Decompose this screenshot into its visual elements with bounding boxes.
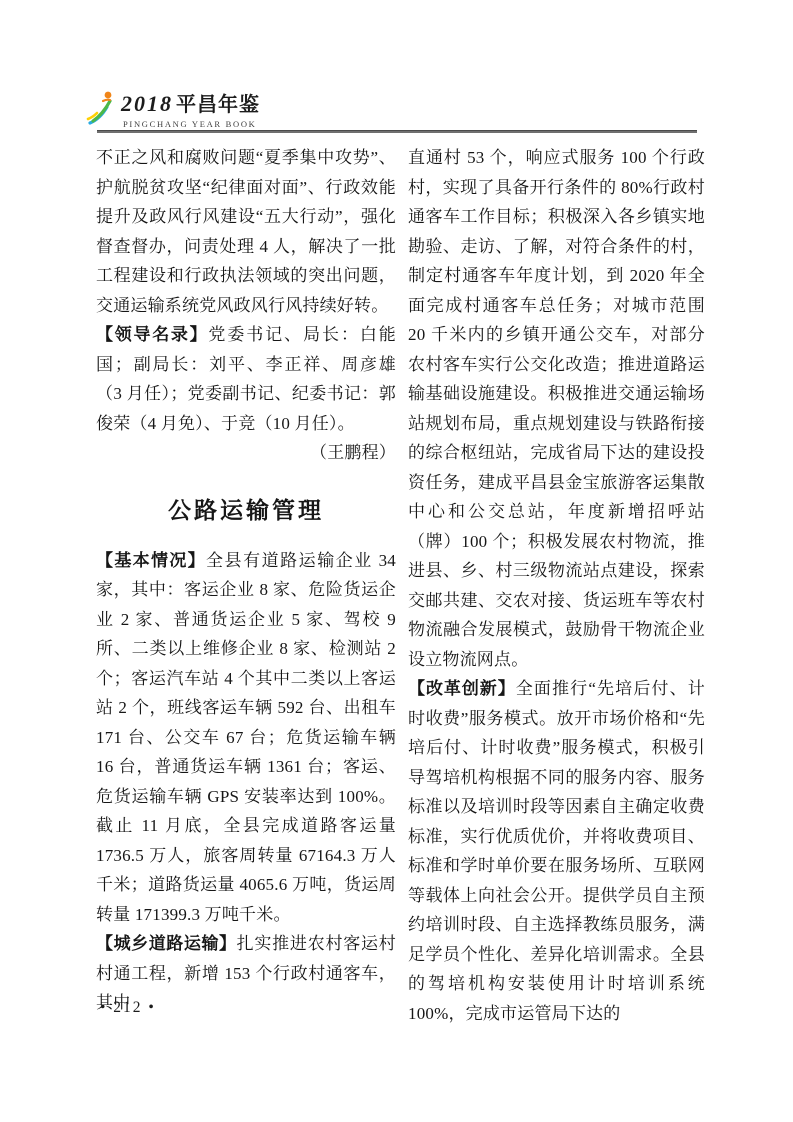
label-urban-rural-transport: 【城乡道路运输】 [96,934,237,953]
yearbook-page: { "header": { "logo_year": "2018", "logo… [0,0,793,1122]
paragraph-reform-innovation: 【改革创新】全面推行“先培后付、计时收费”服务模式。放开市场价格和“先培后付、计… [408,674,705,1028]
logo-subtitle-en: PINGCHANG YEAR BOOK [123,119,260,129]
paragraph-urban-rural-transport-continued: 直通村 53 个，响应式服务 100 个行政村，实现了具备开行条件的 80%行政… [408,143,705,674]
yearbook-logo-icon [86,88,116,126]
label-reform-innovation: 【改革创新】 [408,679,516,698]
paragraph-continuation-from-previous-page: 不正之风和腐败问题“夏季集中攻势”、护航脱贫攻坚“纪律面对面”、行政效能提升及政… [96,143,396,320]
section-heading-road-transport-management: 公路运输管理 [96,494,396,528]
header-divider-rule [97,130,697,133]
label-leaders-roster: 【领导名录】 [96,325,208,344]
logo-title-zh: 平昌年鉴 [176,88,260,117]
paragraph-basic-situation: 【基本情况】全县有道路运输企业 34 家，其中：客运企业 8 家、危险货运企业 … [96,546,396,930]
paragraph-leaders-roster: 【领导名录】党委书记、局长：白能国；副局长：刘平、李正祥、周彦雄（3 月任）；党… [96,320,396,438]
right-column: 直通村 53 个，响应式服务 100 个行政村，实现了具备开行条件的 80%行政… [408,143,705,1028]
page-number: • 212 • [100,999,156,1017]
left-column: 不正之风和腐败问题“夏季集中攻势”、护航脱贫攻坚“纪律面对面”、行政效能提升及政… [96,143,396,1018]
author-signature: （王鹏程） [96,438,396,468]
label-basic-situation: 【基本情况】 [96,551,206,570]
text-reform-innovation: 全面推行“先培后付、计时收费”服务模式。放开市场价格和“先培后付、计时收费”服务… [408,679,705,1023]
yearbook-logo-text: 2018 平昌年鉴 PINGCHANG YEAR BOOK [121,88,260,129]
yearbook-logo: 2018 平昌年鉴 PINGCHANG YEAR BOOK [86,88,260,129]
logo-year: 2018 [121,91,173,117]
text-basic-situation: 全县有道路运输企业 34 家，其中：客运企业 8 家、危险货运企业 2 家、普通… [96,551,396,924]
